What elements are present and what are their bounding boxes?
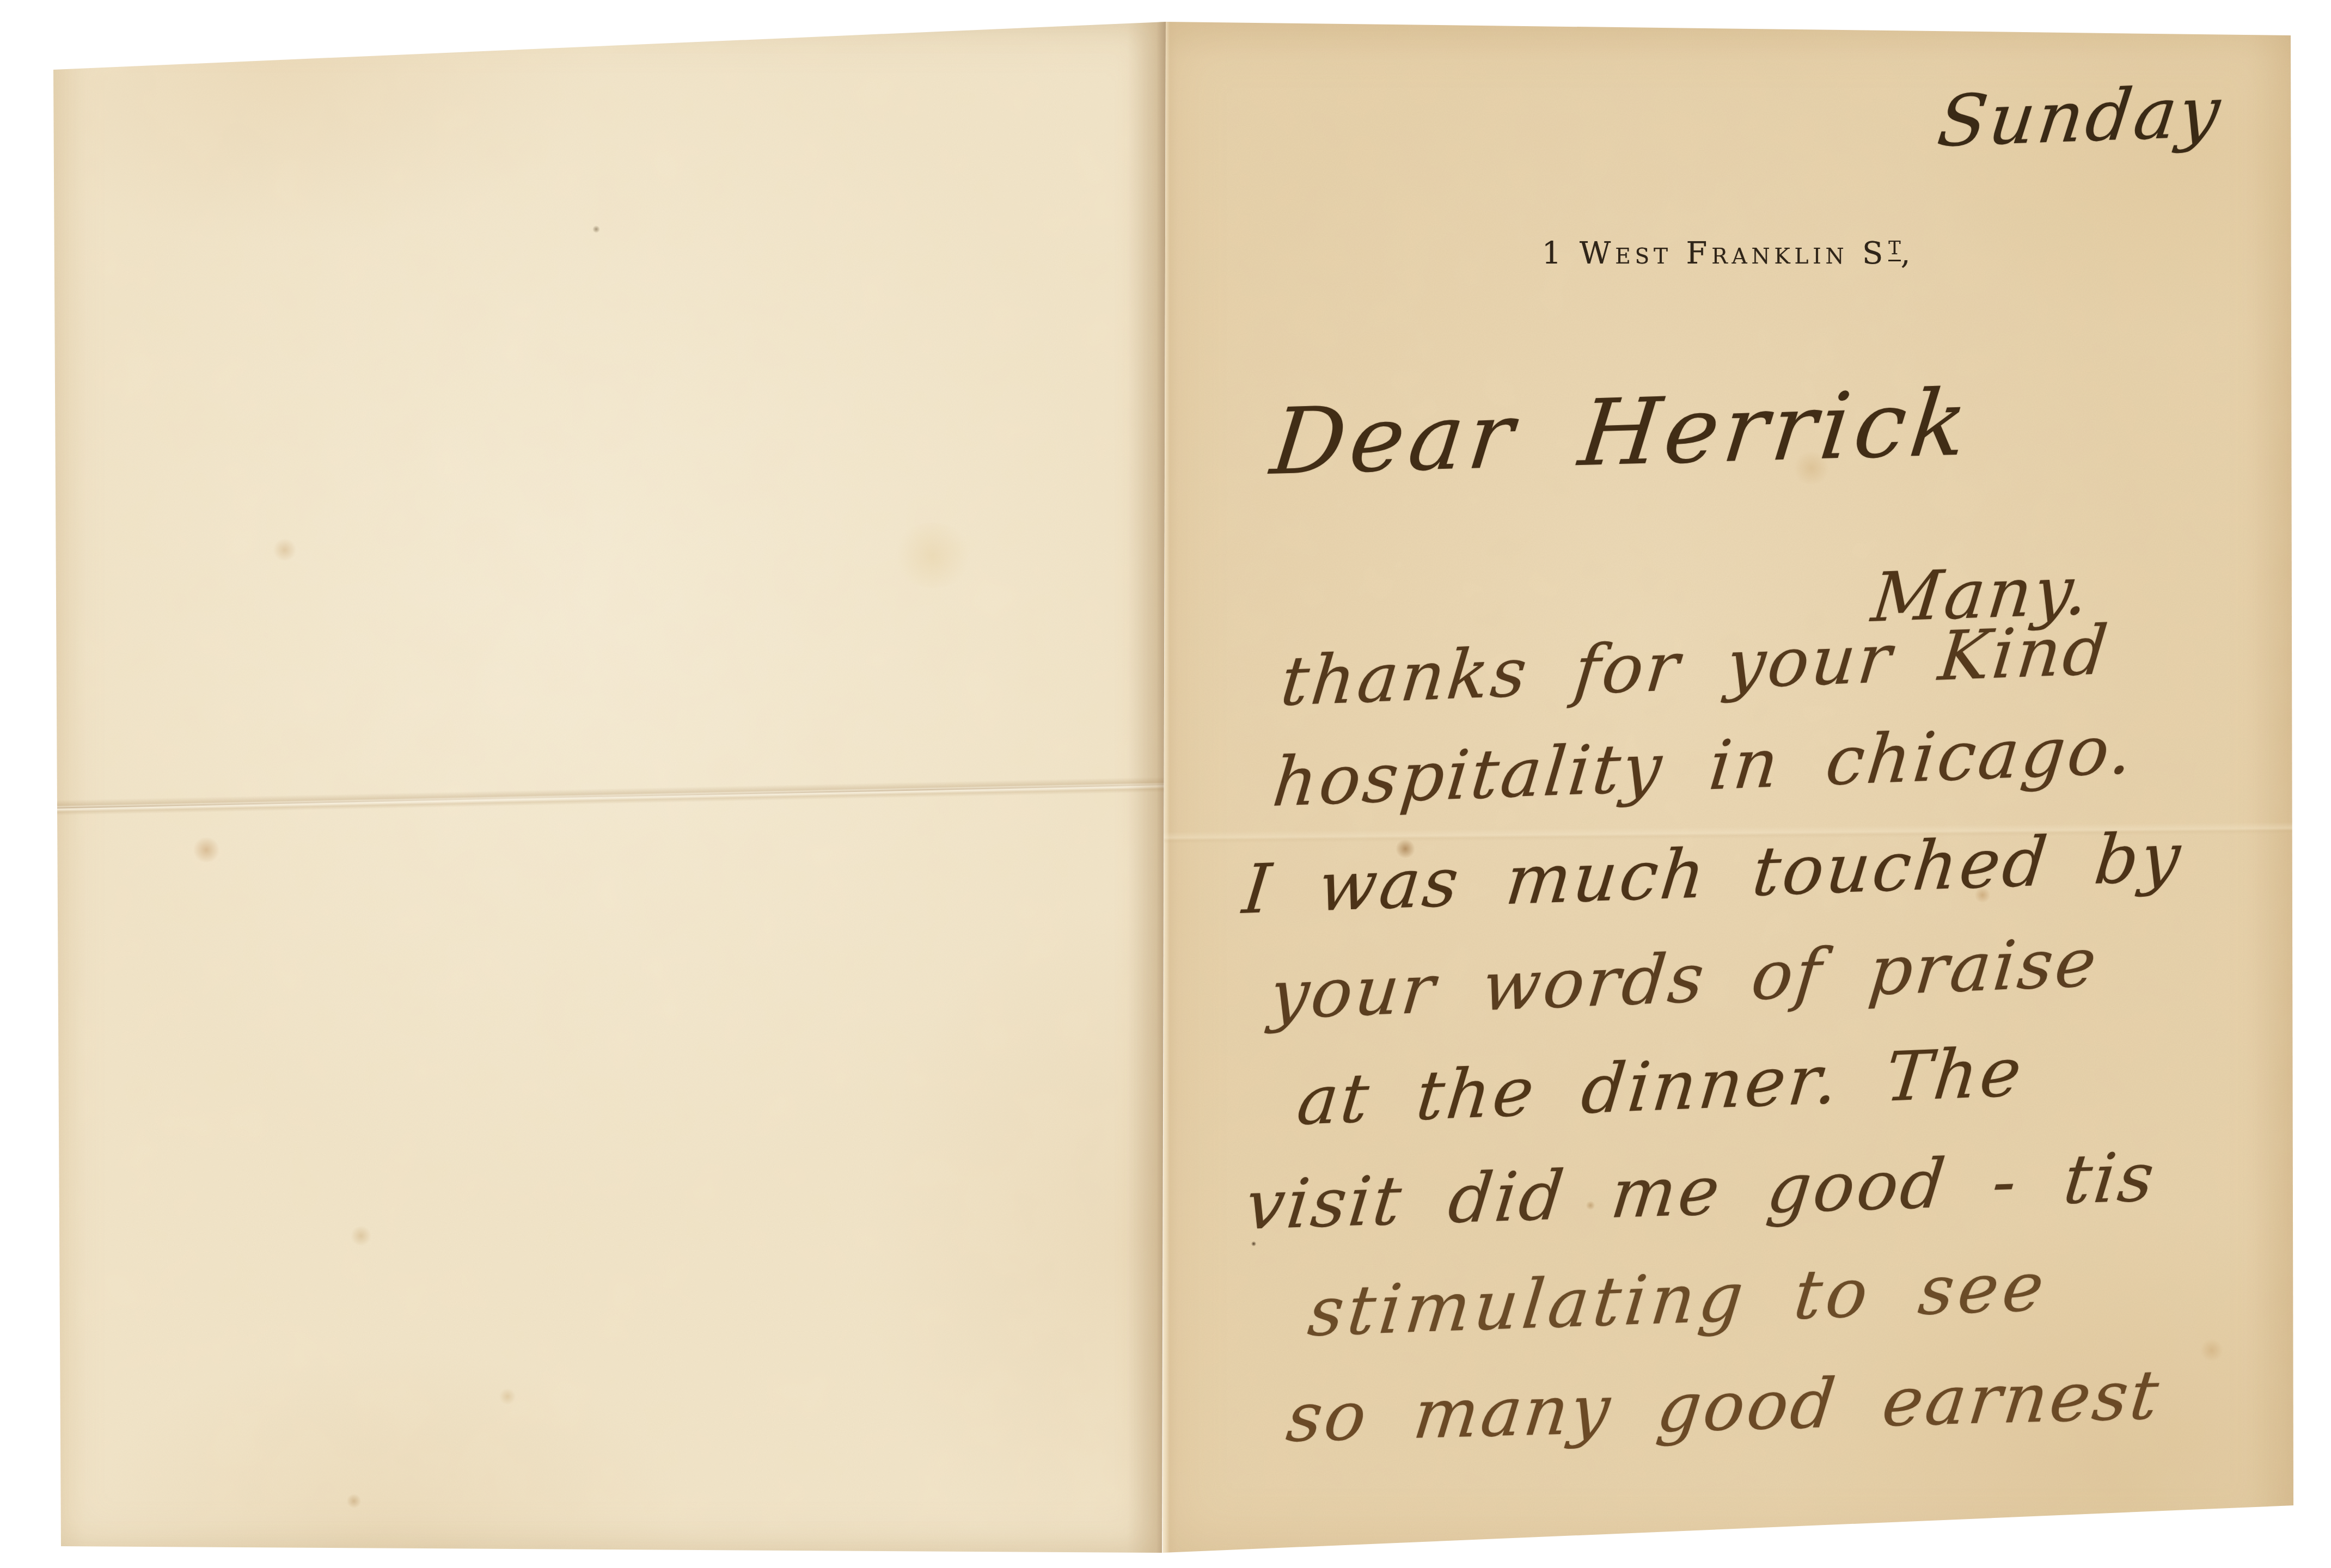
body-line: your words of praise	[1267, 928, 2102, 1030]
left-page-fold-crease-line	[47, 783, 1203, 809]
date-line: Sunday	[1934, 76, 2226, 157]
letterhead-comma: ,	[1901, 236, 1915, 271]
fox-spot	[592, 225, 600, 233]
fox-spot	[192, 837, 221, 862]
body-line: hospitality in chicago.	[1270, 716, 2138, 817]
fox-spot	[2200, 1339, 2224, 1361]
body-line: thanks for your Kind	[1278, 616, 2113, 716]
body-line: stimulating to see	[1305, 1253, 2051, 1346]
letter-right-page: Sunday 1 West Franklin ST, Dear Herrick …	[1161, 22, 2296, 1554]
fox-spot	[350, 1226, 372, 1246]
body-line: visit did me good - tis	[1243, 1143, 2159, 1240]
fox-spot	[499, 1388, 516, 1405]
body-line: so many good earnest	[1283, 1361, 2164, 1452]
salutation: Dear Herrick	[1267, 377, 1976, 488]
fox-spot	[272, 539, 297, 561]
letterhead-address: 1 West Franklin S	[1542, 236, 1888, 271]
body-line: at the dinner. The	[1294, 1038, 2027, 1135]
letterhead-superscript-t: T	[1888, 237, 1900, 261]
letterhead: 1 West Franklin ST,	[1161, 238, 2296, 269]
paper-stain	[892, 523, 974, 588]
gutter-shadow	[1128, 22, 1166, 1553]
fox-spot	[346, 1494, 362, 1508]
letter-photograph: Sunday 1 West Franklin ST, Dear Herrick …	[0, 0, 2331, 1568]
letter-left-page	[53, 22, 1166, 1553]
